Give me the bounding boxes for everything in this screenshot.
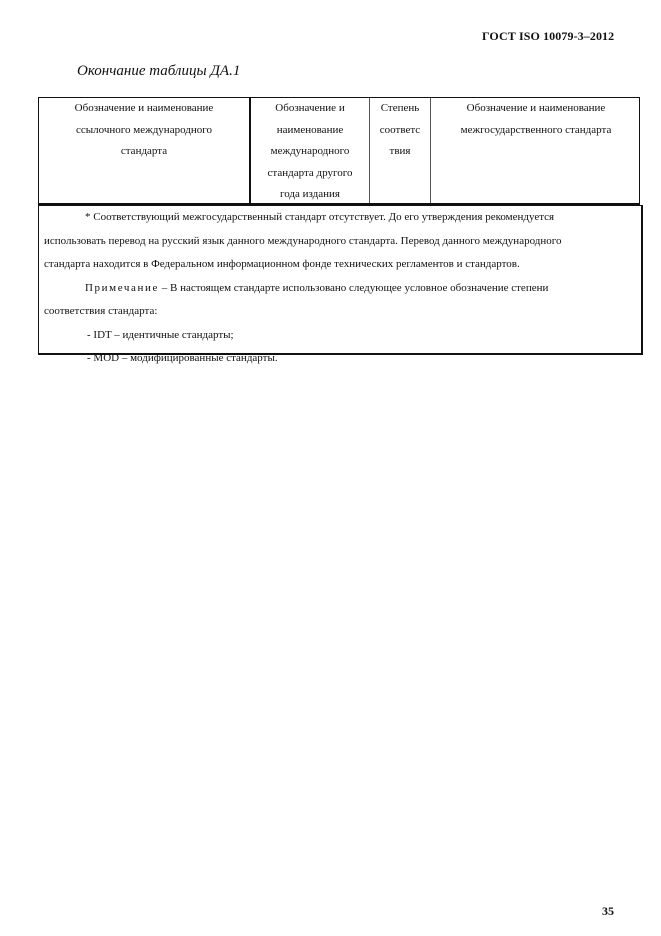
header-line: Обозначение и [251,98,369,120]
list-item: - MOD – модифицированные стандарты. [44,347,636,371]
header-line: Степень [370,98,430,120]
header-line: твия [370,141,430,163]
header-line: наименование [251,120,369,142]
header-line: стандарта другого [251,163,369,185]
footnote-line: использовать перевод на русский язык дан… [44,230,636,254]
footnote-line: стандарта находится в Федеральном информ… [44,253,636,277]
header-line: года издания [251,184,369,206]
header-line: Обозначение и наименование [431,98,641,120]
header-line: соответс [370,120,430,142]
note-paragraph: Примечание – В настоящем стандарте испол… [44,277,636,301]
column-header-other-year-standard: Обозначение и наименование международног… [251,98,370,203]
column-header-degree-of-conformity: Степень соответс твия [370,98,431,203]
header-line: стандарта [39,141,249,163]
footnote-line: * Соответствующий межгосударственный ста… [44,206,636,230]
list-item: - IDT – идентичные стандарты; [44,324,636,348]
column-header-interstate-standard: Обозначение и наименование межгосударств… [431,98,641,203]
document-code: ГОСТ ISO 10079-3–2012 [482,29,614,44]
column-header-referenced-international-standard: Обозначение и наименование ссылочного ме… [39,98,251,203]
note-line: соответствия стандарта: [44,300,636,324]
table-header-row: Обозначение и наименование ссылочного ме… [38,97,640,205]
header-line: международного [251,141,369,163]
header-line: межгосударственного стандарта [431,120,641,142]
page-number: 35 [602,904,614,919]
header-line: Обозначение и наименование [39,98,249,120]
header-line: ссылочного международного [39,120,249,142]
note-label: Примечание [85,282,159,294]
table-caption: Окончание таблицы ДА.1 [77,63,240,80]
table-footnote: * Соответствующий межгосударственный ста… [38,205,643,355]
note-text: – В настоящем стандарте использовано сле… [159,282,548,294]
